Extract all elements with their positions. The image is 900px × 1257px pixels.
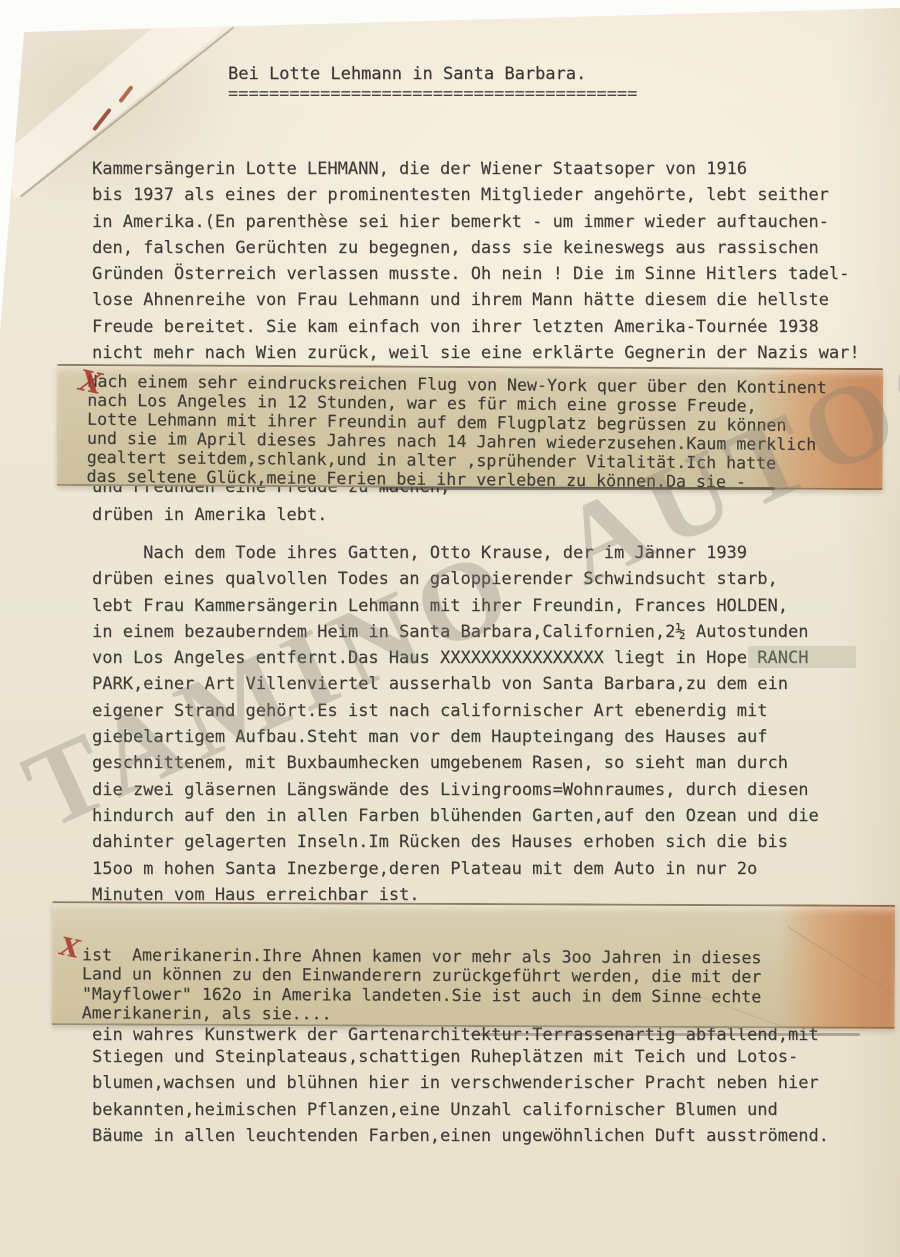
typed-line: eigener Strand gehört.Es ist nach califo… xyxy=(92,698,819,724)
tape-residue-highlight xyxy=(748,646,856,668)
typed-line: lebt Frau Kammersängerin Lehmann mit ihr… xyxy=(92,593,819,619)
typed-line: giebelartigem Aufbau.Steht man vor dem H… xyxy=(92,724,819,750)
typed-line: nicht mehr nach Wien zurück, weil sie ei… xyxy=(92,340,860,366)
typed-line: Land un können zu den Einwanderern zurüc… xyxy=(82,965,761,987)
strip-1-text: Nach einem sehr eindrucksreichen Flug vo… xyxy=(86,372,826,492)
paragraph-2: Nach dem Tode ihres Gatten, Otto Krause,… xyxy=(92,540,819,908)
scanned-document-page: Bei Lotte Lehmann in Santa Barbara. ====… xyxy=(0,0,900,1257)
typed-line: bekannten,heimischen Pflanzen,eine Unzah… xyxy=(92,1097,829,1123)
strike-line xyxy=(380,487,775,490)
title-underline: ======================================== xyxy=(228,84,637,104)
typed-line: in Amerika.(En parenthèse sei hier bemer… xyxy=(92,209,860,235)
typed-line: lose Ahnenreihe von Frau Lehmann und ihr… xyxy=(92,287,860,313)
typed-line: Bäume in allen leuchtenden Farben,einen … xyxy=(92,1123,829,1149)
typed-line: hindurch auf den in allen Farben blühend… xyxy=(92,803,819,829)
typed-line: drüben in Amerika lebt. xyxy=(92,502,327,528)
typed-line: Amerikanerin, als sie.... xyxy=(82,1003,761,1025)
typed-line: PARK,einer Art Villenviertel ausserhalb … xyxy=(92,671,819,697)
typed-line: geschnittenem, mit Buxbaumhecken umgeben… xyxy=(92,750,819,776)
strip-2-text: ist Amerikanerin.Ihre Ahnen kamen vor me… xyxy=(82,945,762,1025)
paragraph-3: Stiegen und Steinplateaus,schattigen Ruh… xyxy=(92,1044,829,1149)
typed-line: drüben eines qualvollen Todes an galoppi… xyxy=(92,566,819,592)
typed-line: Gründen Österreich verlassen musste. Oh … xyxy=(92,261,860,287)
typed-line: blumen,wachsen und blühnen hier in versc… xyxy=(92,1070,829,1096)
typed-line: die zwei gläsernen Längswände des Living… xyxy=(92,777,819,803)
pasted-correction-strip-1: X Nach einem sehr eindrucksreichen Flug … xyxy=(57,364,884,490)
typed-line: Nach dem Tode ihres Gatten, Otto Krause,… xyxy=(92,540,819,566)
typed-line: Kammersängerin Lotte LEHMANN, die der Wi… xyxy=(92,156,860,182)
typed-line: Freude bereitet. Sie kam einfach von ihr… xyxy=(92,314,860,340)
strike-line xyxy=(470,1033,860,1036)
typed-line: von Los Angeles entfernt.Das Haus XXXXXX… xyxy=(92,645,819,671)
document-title: Bei Lotte Lehmann in Santa Barbara. xyxy=(228,64,586,84)
typed-line: in einem bezauberndem Heim in Santa Barb… xyxy=(92,619,819,645)
typed-line: dahinter gelagerten Inseln.Im Rücken des… xyxy=(92,829,819,855)
paper-sheet: Bei Lotte Lehmann in Santa Barbara. ====… xyxy=(0,0,900,1257)
typed-line: 15oo m hohen Santa Inezberge,deren Plate… xyxy=(92,856,819,882)
pasted-correction-strip-2: X ist Amerikanerin.Ihre Ahnen kamen vor … xyxy=(52,901,896,1029)
red-x-mark: X xyxy=(56,934,84,962)
typed-line: bis 1937 als eines der prominentesten Mi… xyxy=(92,182,860,208)
typed-line: den, falschen Gerüchten zu begegnen, das… xyxy=(92,235,860,261)
paragraph-1: Kammersängerin Lotte LEHMANN, die der Wi… xyxy=(92,156,860,366)
